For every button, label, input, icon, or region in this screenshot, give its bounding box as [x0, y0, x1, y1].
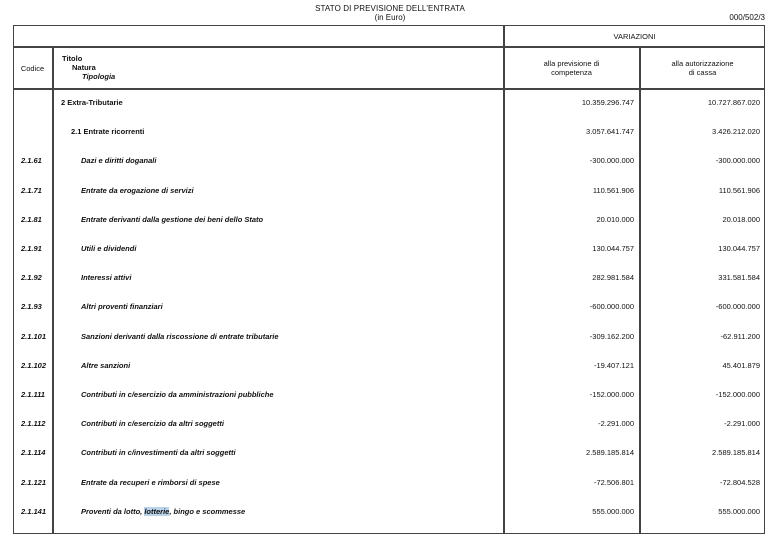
table-row: 2.1.81Entrate derivanti dalla gestione d…: [13, 215, 765, 227]
row-code: 2.1.102: [21, 361, 46, 371]
table-row: 2.1.91Utili e dividendi130.044.757130.04…: [13, 244, 765, 256]
row-code: 2.1.121: [21, 478, 46, 488]
cassa-value: -300.000.000: [716, 156, 760, 166]
titolo-header: Titolo: [62, 54, 82, 63]
table-row: 2.1.71Entrate da erogazione di servizi11…: [13, 186, 765, 198]
document-subtitle: (in Euro): [0, 13, 780, 22]
table-row: 2.1 Entrate ricorrenti3.057.641.7473.426…: [13, 127, 765, 139]
row-code: 2.1.114: [21, 448, 45, 458]
competenza-header-line2: competenza: [504, 68, 639, 77]
competenza-value: 282.981.584: [592, 273, 634, 283]
cassa-value: 331.581.584: [718, 273, 760, 283]
row-description: 2 Extra-Tributarie: [61, 98, 123, 108]
competenza-value: 110.561.906: [593, 186, 634, 196]
table-row: 2.1.101Sanzioni derivanti dalla riscossi…: [13, 332, 765, 344]
row-description: Interessi attivi: [81, 273, 131, 283]
cassa-header-line2: di cassa: [640, 68, 765, 77]
table-row: 2.1.112Contributi in c/esercizio da altr…: [13, 419, 765, 431]
description-text: , bingo e scommesse: [169, 507, 245, 516]
codice-header: Codice: [13, 64, 52, 73]
competenza-value: 3.057.641.747: [586, 127, 634, 137]
cassa-value: 45.401.879: [722, 361, 760, 371]
competenza-value: -2.291.000: [598, 419, 634, 429]
row-code: 2.1.111: [21, 390, 45, 400]
row-description: Contributi in c/investimenti da altri so…: [81, 448, 236, 458]
competenza-header: alla previsione di competenza: [504, 59, 639, 77]
competenza-value: -72.506.801: [594, 478, 634, 488]
competenza-value: -309.162.200: [590, 332, 634, 342]
row-description: Dazi e diritti doganali: [81, 156, 156, 166]
header-divider-bottom: [13, 88, 765, 90]
cassa-value: -72.804.528: [720, 478, 760, 488]
cassa-value: 130.044.757: [718, 244, 760, 254]
cassa-header: alla autorizzazione di cassa: [640, 59, 765, 77]
competenza-value: 2.589.185.814: [586, 448, 634, 458]
page-code: 000/502/3: [729, 13, 765, 22]
cassa-value: 20.018.000: [722, 215, 760, 225]
row-code: 2.1.101: [21, 332, 46, 342]
col-divider-code: [52, 46, 54, 534]
row-description: Utili e dividendi: [81, 244, 136, 254]
competenza-value: 10.359.296.747: [582, 98, 634, 108]
header-divider-top: [13, 46, 765, 48]
description-text: Proventi da lotto,: [81, 507, 144, 516]
cassa-value: -2.291.000: [724, 419, 760, 429]
cassa-value: 3.426.212.020: [712, 127, 760, 137]
competenza-value: -600.000.000: [590, 302, 634, 312]
row-code: 2.1.92: [21, 273, 42, 283]
table-row: 2.1.121Entrate da recuperi e rimborsi di…: [13, 478, 765, 490]
row-description: Entrate da recuperi e rimborsi di spese: [81, 478, 220, 488]
cassa-value: 555.000.000: [718, 507, 760, 517]
row-description: Altre sanzioni: [81, 361, 130, 371]
competenza-header-line1: alla previsione di: [504, 59, 639, 68]
table-row: 2.1.111Contributi in c/esercizio da ammi…: [13, 390, 765, 402]
document-title: STATO DI PREVISIONE DELL'ENTRATA: [0, 4, 780, 13]
tipologia-header: Tipologia: [82, 72, 115, 81]
table-row: 2.1.93Altri proventi finanziari-600.000.…: [13, 302, 765, 314]
variazioni-header: VARIAZIONI: [504, 32, 765, 41]
table-row: 2.1.92Interessi attivi282.981.584331.581…: [13, 273, 765, 285]
competenza-value: -152.000.000: [590, 390, 634, 400]
table-row: 2.1.102Altre sanzioni-19.407.12145.401.8…: [13, 361, 765, 373]
row-description: 2.1 Entrate ricorrenti: [71, 127, 144, 137]
row-description: Entrate derivanti dalla gestione dei ben…: [81, 215, 263, 225]
row-code: 2.1.81: [21, 215, 42, 225]
table-row: 2 Extra-Tributarie10.359.296.74710.727.8…: [13, 98, 765, 110]
competenza-value: -19.407.121: [594, 361, 634, 371]
cassa-header-line1: alla autorizzazione: [640, 59, 765, 68]
cassa-value: -600.000.000: [716, 302, 760, 312]
row-description: Contributi in c/esercizio da amministraz…: [81, 390, 274, 400]
competenza-value: 130.044.757: [592, 244, 634, 254]
cassa-value: 2.589.185.814: [712, 448, 760, 458]
competenza-value: 20.010.000: [596, 215, 634, 225]
cassa-value: -62.911.200: [721, 332, 760, 342]
row-description: Altri proventi finanziari: [81, 302, 163, 312]
row-code: 2.1.71: [21, 186, 42, 196]
competenza-value: -300.000.000: [590, 156, 634, 166]
row-code: 2.1.93: [21, 302, 42, 312]
selected-text[interactable]: lotterie: [144, 507, 169, 516]
table-row: 2.1.61Dazi e diritti doganali-300.000.00…: [13, 156, 765, 168]
cassa-value: 110.561.906: [719, 186, 760, 196]
table-row: 2.1.141Proventi da lotto, lotterie, bing…: [13, 507, 765, 519]
natura-header: Natura: [72, 63, 96, 72]
row-description: Proventi da lotto, lotterie, bingo e sco…: [81, 507, 245, 517]
row-code: 2.1.91: [21, 244, 42, 254]
row-code: 2.1.61: [21, 156, 42, 166]
row-description: Sanzioni derivanti dalla riscossione di …: [81, 332, 279, 342]
cassa-value: 10.727.867.020: [708, 98, 760, 108]
competenza-value: 555.000.000: [592, 507, 634, 517]
row-code: 2.1.112: [21, 419, 45, 429]
cassa-value: -152.000.000: [716, 390, 760, 400]
row-description: Contributi in c/esercizio da altri sogge…: [81, 419, 224, 429]
row-description: Entrate da erogazione di servizi: [81, 186, 194, 196]
row-code: 2.1.141: [21, 507, 46, 517]
col-divider-cassa: [639, 46, 641, 534]
table-row: 2.1.114Contributi in c/investimenti da a…: [13, 448, 765, 460]
